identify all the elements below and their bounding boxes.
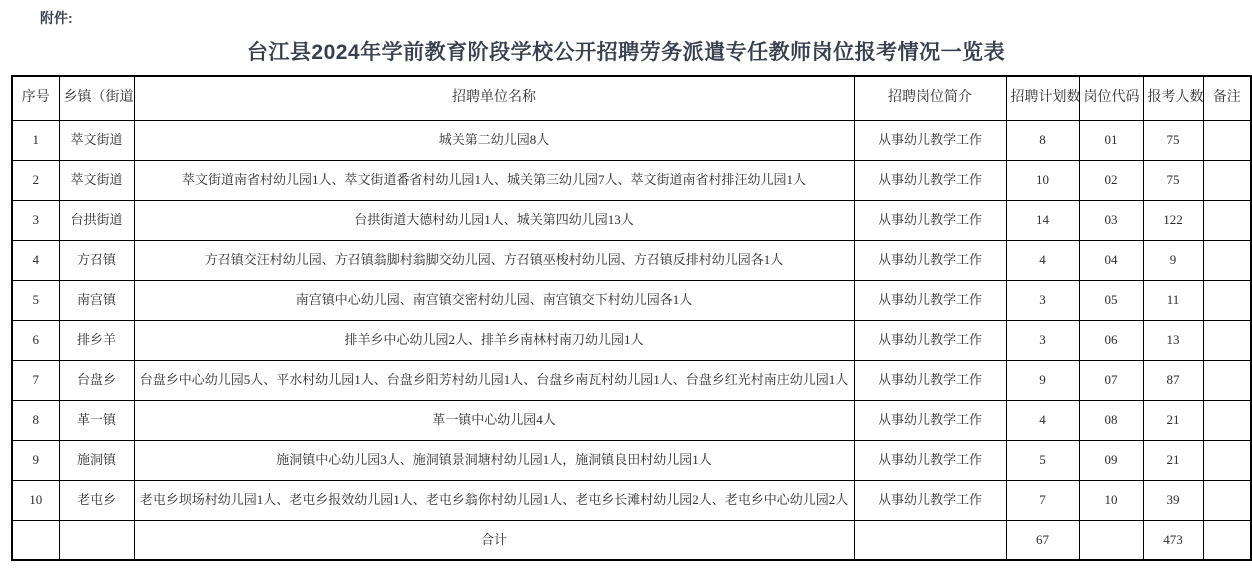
cell-code [1079, 520, 1143, 560]
cell-seq: 1 [12, 120, 59, 160]
cell-plan: 3 [1006, 280, 1079, 320]
header-code: 岗位代码 [1079, 76, 1143, 120]
cell-code: 08 [1079, 400, 1143, 440]
table-row: 合计 67 473 [12, 520, 1251, 560]
cell-applicants: 39 [1143, 480, 1203, 520]
cell-plan: 10 [1006, 160, 1079, 200]
table-row: 10 老屯乡 老屯乡坝场村幼儿园1人、老屯乡报效幼儿园1人、老屯乡翁你村幼儿园1… [12, 480, 1251, 520]
table-row: 9 施洞镇 施洞镇中心幼儿园3人、施洞镇景洞塘村幼儿园1人，施洞镇良田村幼儿园1… [12, 440, 1251, 480]
cell-intro [854, 520, 1006, 560]
cell-code: 10 [1079, 480, 1143, 520]
table-body: 1 萃文街道 城关第二幼儿园8人 从事幼儿教学工作 8 01 75 2 萃文街道… [12, 120, 1251, 560]
cell-plan: 4 [1006, 400, 1079, 440]
table-row: 1 萃文街道 城关第二幼儿园8人 从事幼儿教学工作 8 01 75 [12, 120, 1251, 160]
header-town: 乡镇（街道 [59, 76, 134, 120]
cell-intro: 从事幼儿教学工作 [854, 240, 1006, 280]
table-row: 5 南宫镇 南宫镇中心幼儿园、南宫镇交密村幼儿园、南宫镇交下村幼儿园各1人 从事… [12, 280, 1251, 320]
cell-unit: 老屯乡坝场村幼儿园1人、老屯乡报效幼儿园1人、老屯乡翁你村幼儿园1人、老屯乡长滩… [134, 480, 854, 520]
header-applicants: 报考人数 [1143, 76, 1203, 120]
cell-unit: 台拱街道大德村幼儿园1人、城关第四幼儿园13人 [134, 200, 854, 240]
cell-code: 02 [1079, 160, 1143, 200]
cell-code: 05 [1079, 280, 1143, 320]
cell-applicants: 21 [1143, 400, 1203, 440]
cell-remark [1203, 400, 1251, 440]
cell-applicants: 13 [1143, 320, 1203, 360]
cell-intro: 从事幼儿教学工作 [854, 200, 1006, 240]
cell-unit: 革一镇中心幼儿园4人 [134, 400, 854, 440]
cell-seq: 7 [12, 360, 59, 400]
cell-code: 06 [1079, 320, 1143, 360]
cell-town: 老屯乡 [59, 480, 134, 520]
cell-seq: 8 [12, 400, 59, 440]
cell-seq: 4 [12, 240, 59, 280]
cell-seq: 6 [12, 320, 59, 360]
cell-remark [1203, 120, 1251, 160]
cell-seq: 10 [12, 480, 59, 520]
cell-remark [1203, 520, 1251, 560]
cell-code: 03 [1079, 200, 1143, 240]
cell-plan: 9 [1006, 360, 1079, 400]
cell-applicants: 473 [1143, 520, 1203, 560]
cell-plan: 4 [1006, 240, 1079, 280]
cell-code: 04 [1079, 240, 1143, 280]
cell-intro: 从事幼儿教学工作 [854, 480, 1006, 520]
cell-plan: 67 [1006, 520, 1079, 560]
cell-intro: 从事幼儿教学工作 [854, 440, 1006, 480]
document-page: 附件: 台江县2024年学前教育阶段学校公开招聘劳务派遣专任教师岗位报考情况一览… [0, 0, 1252, 577]
cell-unit: 方召镇交汪村幼儿园、方召镇翁脚村翁脚交幼儿园、方召镇巫梭村幼儿园、方召镇反排村幼… [134, 240, 854, 280]
cell-intro: 从事幼儿教学工作 [854, 280, 1006, 320]
header-remark: 备注 [1203, 76, 1251, 120]
cell-town: 革一镇 [59, 400, 134, 440]
cell-seq: 3 [12, 200, 59, 240]
cell-remark [1203, 280, 1251, 320]
cell-town: 台盘乡 [59, 360, 134, 400]
cell-code: 07 [1079, 360, 1143, 400]
cell-town [59, 520, 134, 560]
page-title: 台江县2024年学前教育阶段学校公开招聘劳务派遣专任教师岗位报考情况一览表 [0, 36, 1252, 66]
cell-code: 09 [1079, 440, 1143, 480]
cell-town: 施洞镇 [59, 440, 134, 480]
cell-town: 台拱街道 [59, 200, 134, 240]
table-container: 序号 乡镇（街道 招聘单位名称 招聘岗位简介 招聘计划数 岗位代码 报考人数 备… [11, 75, 1245, 561]
cell-applicants: 75 [1143, 120, 1203, 160]
table-row: 4 方召镇 方召镇交汪村幼儿园、方召镇翁脚村翁脚交幼儿园、方召镇巫梭村幼儿园、方… [12, 240, 1251, 280]
cell-intro: 从事幼儿教学工作 [854, 160, 1006, 200]
cell-unit: 城关第二幼儿园8人 [134, 120, 854, 160]
cell-town: 排乡羊 [59, 320, 134, 360]
cell-town: 萃文街道 [59, 120, 134, 160]
header-row: 序号 乡镇（街道 招聘单位名称 招聘岗位简介 招聘计划数 岗位代码 报考人数 备… [12, 76, 1251, 120]
cell-plan: 7 [1006, 480, 1079, 520]
cell-unit: 排羊乡中心幼儿园2人、排羊乡南林村南刀幼儿园1人 [134, 320, 854, 360]
cell-remark [1203, 200, 1251, 240]
cell-plan: 8 [1006, 120, 1079, 160]
cell-unit: 合计 [134, 520, 854, 560]
cell-remark [1203, 160, 1251, 200]
cell-applicants: 87 [1143, 360, 1203, 400]
cell-plan: 14 [1006, 200, 1079, 240]
cell-applicants: 9 [1143, 240, 1203, 280]
table-row: 8 革一镇 革一镇中心幼儿园4人 从事幼儿教学工作 4 08 21 [12, 400, 1251, 440]
cell-town: 方召镇 [59, 240, 134, 280]
table-row: 7 台盘乡 台盘乡中心幼儿园5人、平水村幼儿园1人、台盘乡阳芳村幼儿园1人、台盘… [12, 360, 1251, 400]
cell-unit: 台盘乡中心幼儿园5人、平水村幼儿园1人、台盘乡阳芳村幼儿园1人、台盘乡南瓦村幼儿… [134, 360, 854, 400]
table-row: 3 台拱街道 台拱街道大德村幼儿园1人、城关第四幼儿园13人 从事幼儿教学工作 … [12, 200, 1251, 240]
cell-applicants: 21 [1143, 440, 1203, 480]
cell-seq: 5 [12, 280, 59, 320]
cell-unit: 南宫镇中心幼儿园、南宫镇交密村幼儿园、南宫镇交下村幼儿园各1人 [134, 280, 854, 320]
cell-remark [1203, 360, 1251, 400]
cell-seq [12, 520, 59, 560]
cell-intro: 从事幼儿教学工作 [854, 120, 1006, 160]
cell-unit: 萃文街道南省村幼儿园1人、萃文街道番省村幼儿园1人、城关第三幼儿园7人、萃文街道… [134, 160, 854, 200]
cell-applicants: 11 [1143, 280, 1203, 320]
cell-remark [1203, 480, 1251, 520]
cell-remark [1203, 320, 1251, 360]
cell-intro: 从事幼儿教学工作 [854, 360, 1006, 400]
cell-seq: 9 [12, 440, 59, 480]
recruitment-table: 序号 乡镇（街道 招聘单位名称 招聘岗位简介 招聘计划数 岗位代码 报考人数 备… [11, 75, 1252, 561]
cell-intro: 从事幼儿教学工作 [854, 320, 1006, 360]
cell-town: 南宫镇 [59, 280, 134, 320]
cell-unit: 施洞镇中心幼儿园3人、施洞镇景洞塘村幼儿园1人，施洞镇良田村幼儿园1人 [134, 440, 854, 480]
header-intro: 招聘岗位简介 [854, 76, 1006, 120]
cell-code: 01 [1079, 120, 1143, 160]
table-row: 6 排乡羊 排羊乡中心幼儿园2人、排羊乡南林村南刀幼儿园1人 从事幼儿教学工作 … [12, 320, 1251, 360]
attachment-label: 附件: [40, 8, 73, 28]
header-plan: 招聘计划数 [1006, 76, 1079, 120]
cell-applicants: 122 [1143, 200, 1203, 240]
cell-plan: 5 [1006, 440, 1079, 480]
header-seq: 序号 [12, 76, 59, 120]
cell-plan: 3 [1006, 320, 1079, 360]
cell-remark [1203, 240, 1251, 280]
cell-town: 萃文街道 [59, 160, 134, 200]
cell-intro: 从事幼儿教学工作 [854, 400, 1006, 440]
cell-seq: 2 [12, 160, 59, 200]
header-unit: 招聘单位名称 [134, 76, 854, 120]
cell-remark [1203, 440, 1251, 480]
table-row: 2 萃文街道 萃文街道南省村幼儿园1人、萃文街道番省村幼儿园1人、城关第三幼儿园… [12, 160, 1251, 200]
cell-applicants: 75 [1143, 160, 1203, 200]
